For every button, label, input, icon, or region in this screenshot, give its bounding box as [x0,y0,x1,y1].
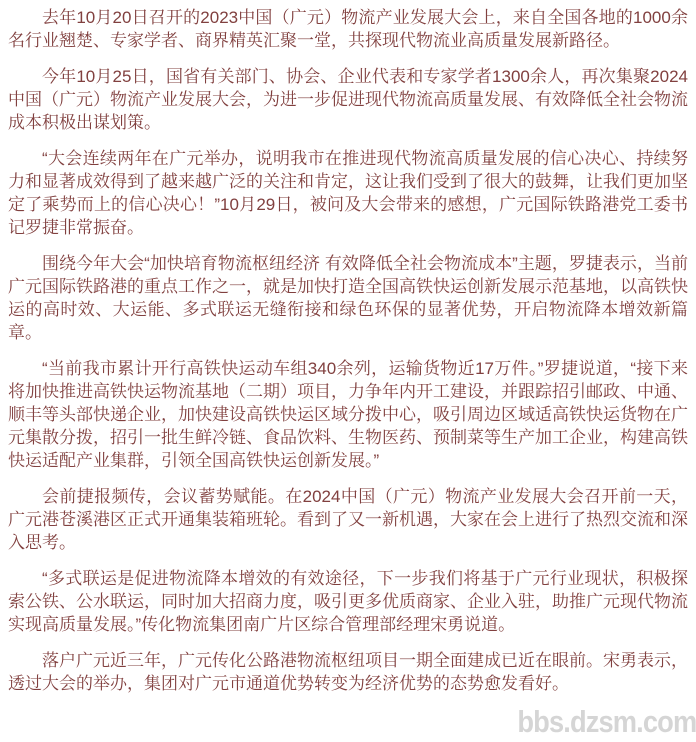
paragraph: 今年10月25日，国省有关部门、协会、企业代表和专家学者1300余人，再次集聚2… [8,65,688,134]
paragraph: 落户广元近三年，广元传化公路港物流枢纽项目一期全面建成已近在眼前。宋勇表示，透过… [8,649,688,695]
paragraph: “多式联运是促进物流降本增效的有效途径，下一步我们将基于广元行业现状，积极探索公… [8,567,688,636]
paragraph: “当前我市累计开行高铁快运动车组340余列，运输货物近17万件。”罗捷说道，“接… [8,357,688,472]
paragraph: 会前捷报频传，会议蓄势赋能。在2024中国（广元）物流产业发展大会召开前一天，广… [8,485,688,554]
site-watermark: bbs.dzsm.com [517,704,696,740]
paragraph: 去年10月20日召开的2023中国（广元）物流产业发展大会上，来自全国各地的10… [8,6,688,52]
paragraph: 围绕今年大会“加快培育物流枢纽经济 有效降低全社会物流成本”主题，罗捷表示，当前… [8,252,688,344]
article-page: 去年10月20日召开的2023中国（广元）物流产业发展大会上，来自全国各地的10… [0,0,696,742]
paragraph: “大会连续两年在广元举办，说明我市在推进现代物流高质量发展的信心决心、持续努力和… [8,147,688,239]
article-body: 去年10月20日召开的2023中国（广元）物流产业发展大会上，来自全国各地的10… [0,0,696,695]
